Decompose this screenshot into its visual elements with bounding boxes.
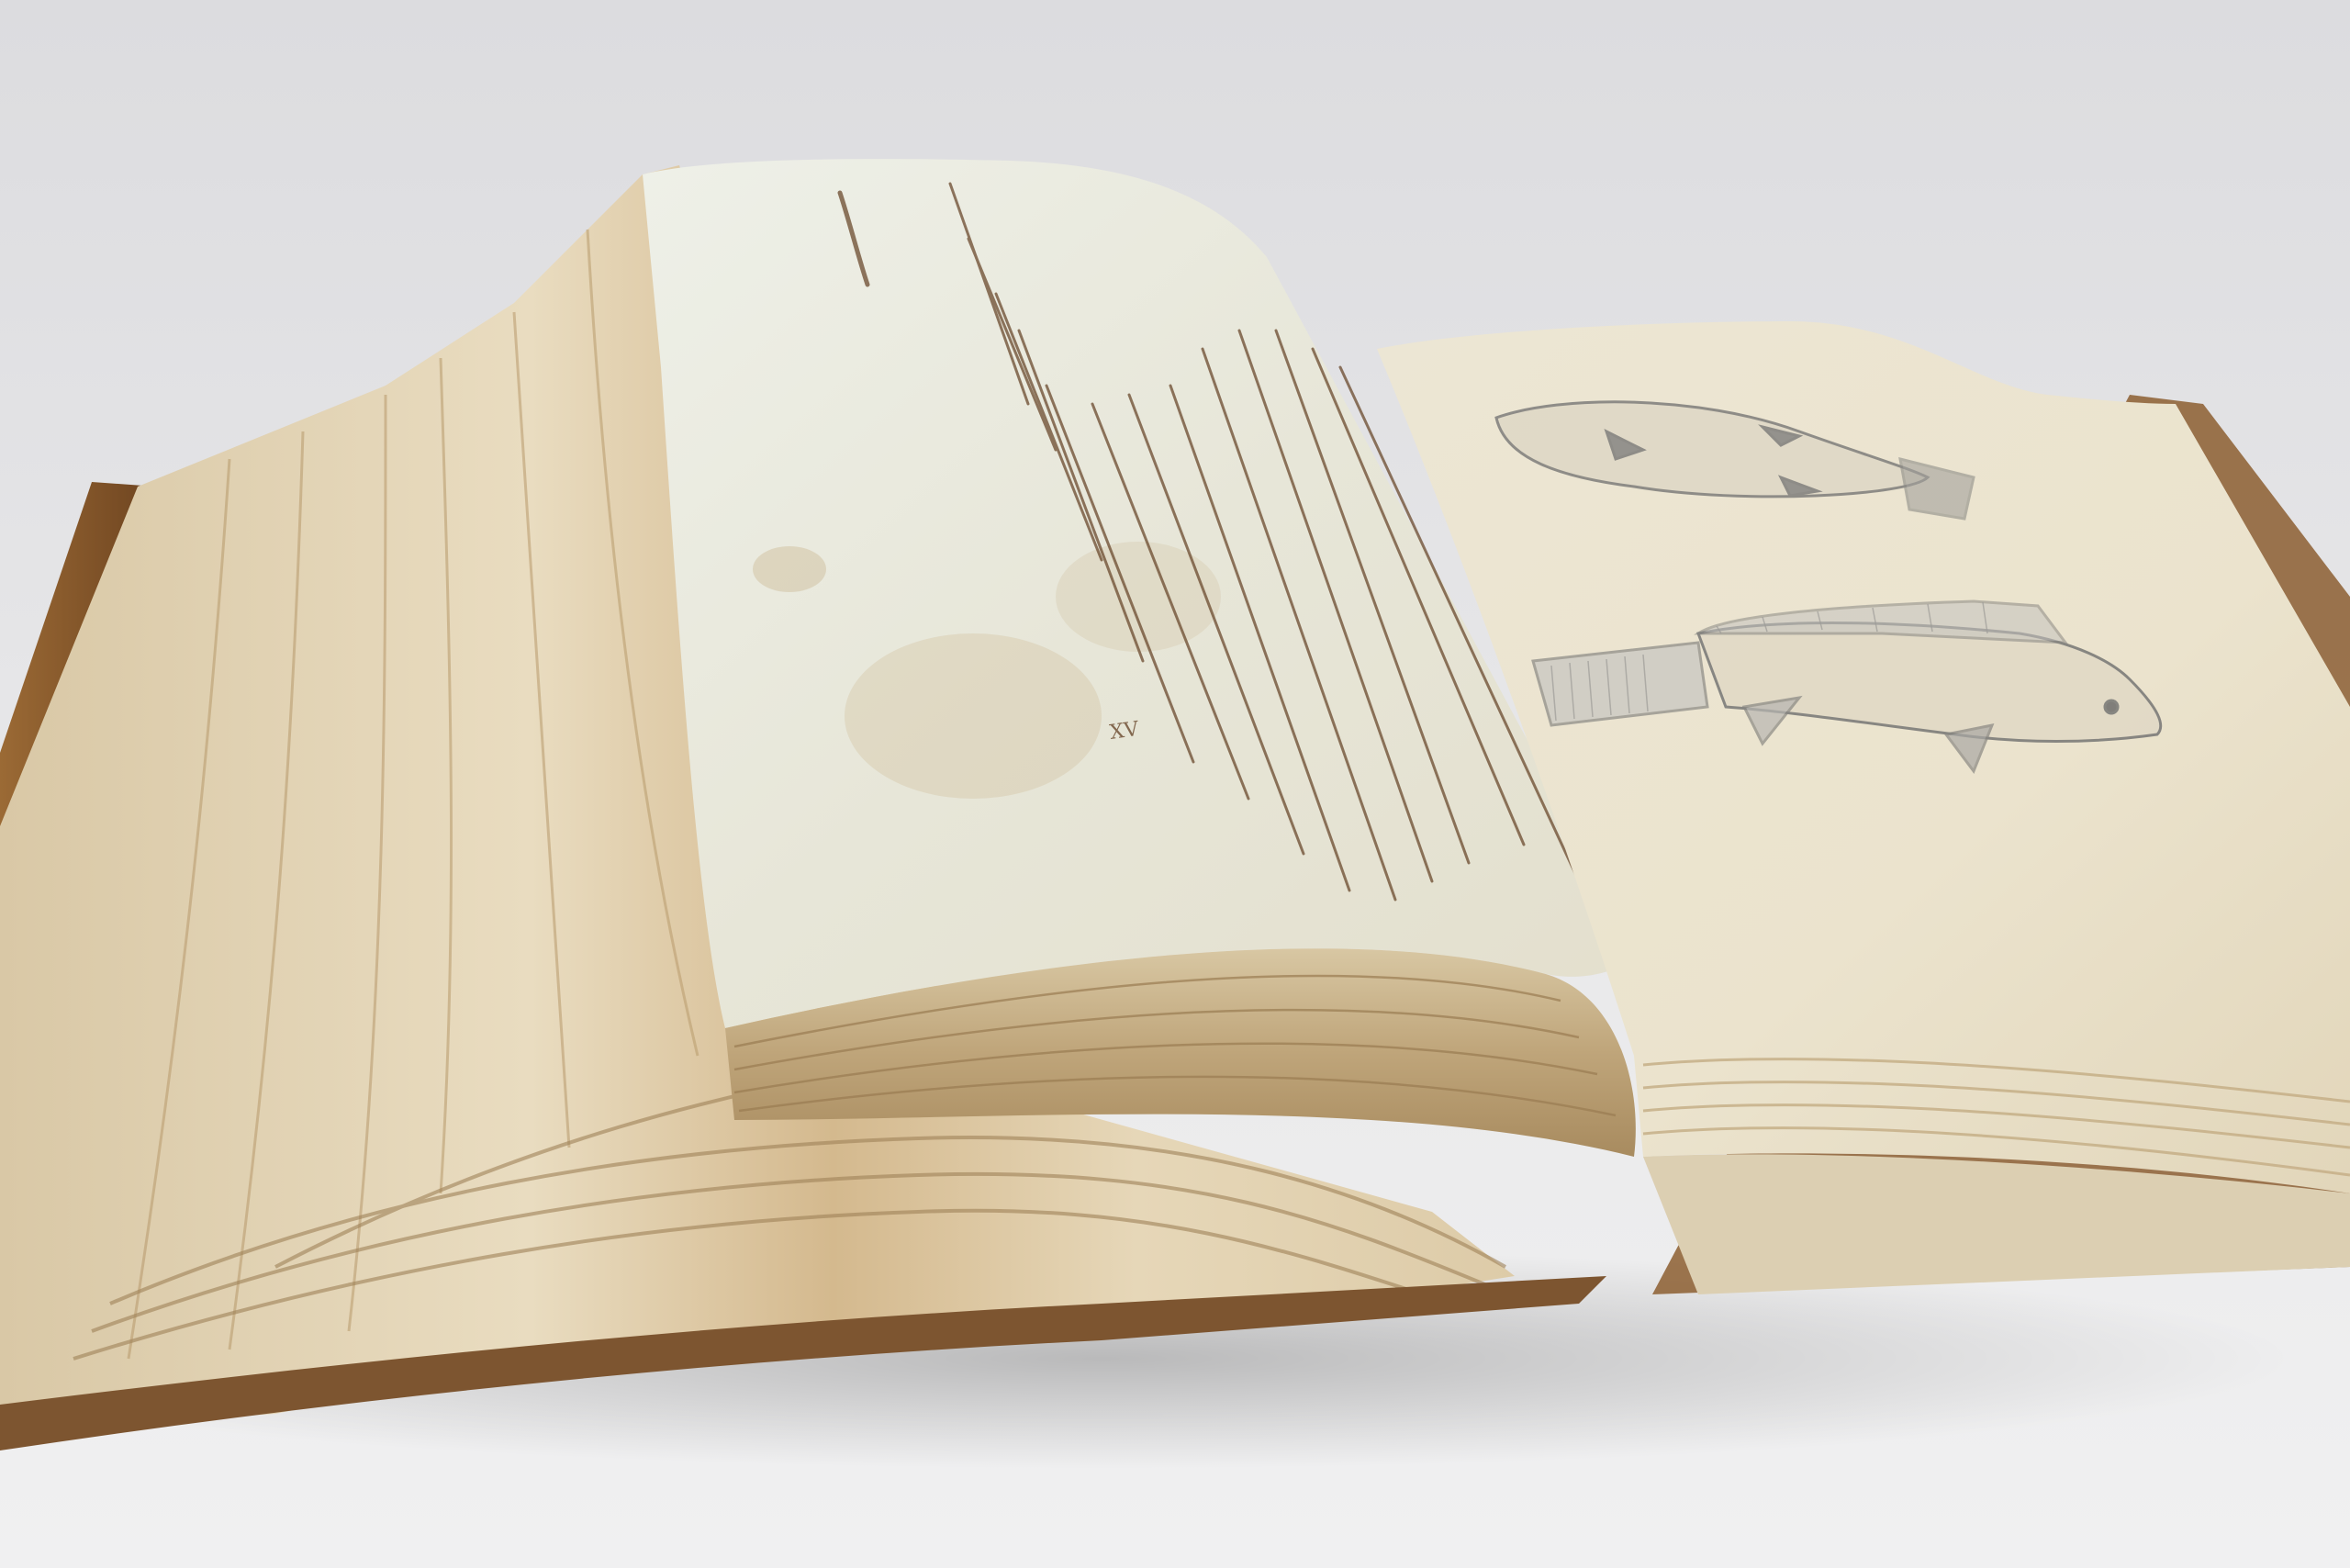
photo-scene: Antique open manuscript book on a light …	[0, 0, 2350, 1568]
book-illustration: XV	[0, 0, 2350, 1568]
page-fragment-text: XV	[1108, 718, 1141, 745]
